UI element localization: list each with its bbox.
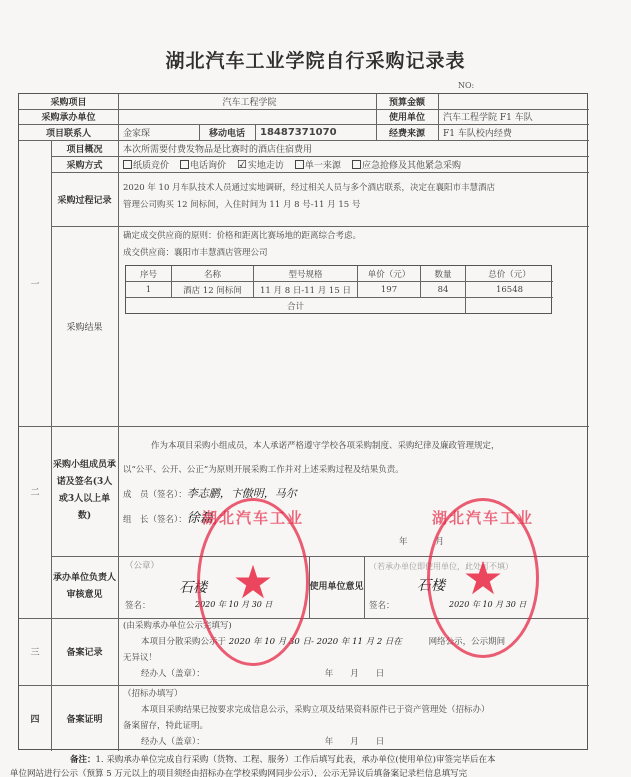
result-label: 采购结果 <box>51 226 118 426</box>
handling-unit-value <box>118 109 376 124</box>
items-table-header: 单价（元） <box>358 266 421 282</box>
result-text: 确定成交供应商的原则：价格和距离比赛场地的距离综合考虑。 成交供应商：襄阳市丰慧… <box>123 228 585 262</box>
section-two-marker: 二 <box>19 426 51 556</box>
checkbox-icon[interactable] <box>352 160 361 169</box>
phone-label: 移动电话 <box>199 124 255 140</box>
pledge-line: 作为本项目采购小组成员，本人承诺严格遵守学校各项采购制度、采购纪律及廉政管理规定… <box>123 434 585 458</box>
page-title: 湖北汽车工业学院自行采购记录表 <box>0 46 631 73</box>
checked-checkbox-icon[interactable]: ☑ <box>237 158 247 171</box>
filing-record-handler: 经办人（盖章）：年 月 日 <box>123 666 585 682</box>
method-option-single-source[interactable]: 单一来源 <box>295 158 341 171</box>
members-signature-row: 成 员（签名）：李志鹏，卞傲明，马尔 <box>123 482 585 507</box>
section-four-marker: 四 <box>19 685 51 751</box>
budget-label: 预算金额 <box>376 94 438 109</box>
items-table-total-label: 合计 <box>126 298 466 314</box>
process-record: 2020 年 10 月车队技术人员通过实地调研，经过相关人员与多个酒店联系，决定… <box>123 180 585 214</box>
result-supplier: 成交供应商：襄阳市丰慧酒店管理公司 <box>123 245 585 262</box>
method-option-paper-bidding[interactable]: 纸质竞价 <box>123 158 169 171</box>
filing-record-line: 无异议！ <box>123 650 585 666</box>
items-table-total-value <box>466 298 553 314</box>
filing-certificate-label: 备案证明 <box>51 685 118 751</box>
document-number-label: NO: <box>458 81 474 90</box>
overview-value: 本次所需要付费发物品是比赛时的酒店住宿费用 <box>118 140 589 156</box>
process-label: 采购过程记录 <box>51 172 118 226</box>
star-icon: ★ <box>462 555 503 601</box>
using-unit-label: 使用单位 <box>376 109 438 124</box>
section-three-marker: 三 <box>19 618 51 685</box>
items-table-cell: 16548 <box>466 282 553 298</box>
items-table-header: 总价（元） <box>466 266 553 282</box>
budget-value <box>438 94 589 109</box>
handling-seal-note: （公章） <box>125 558 159 575</box>
process-line: 管理公司购买 12 间标间，入住时间为 11 月 8 号-11 月 15 号 <box>123 197 585 214</box>
star-icon: ★ <box>232 559 273 605</box>
pledge-line: 以“公平、公开、公正”为原则开展采购工作并对上述采购过程及结果负责。 <box>123 458 585 482</box>
items-table-header: 序号 <box>126 266 172 282</box>
items-table-cell: 11 月 8 日-11 月 15 日 <box>254 282 358 298</box>
section-one-marker: 一 <box>19 140 51 426</box>
method-option-emergency[interactable]: 应急抢修及其他紧急采购 <box>352 158 461 171</box>
using-unit-value: 汽车工程学院 F1 车队 <box>438 109 589 124</box>
contact-value: 金家琛 <box>118 124 199 140</box>
items-table-cell: 84 <box>421 282 466 298</box>
footnotes: 备注：1. 采购承办单位完成自行采购（货物、工程、服务）工作后填写此表，承办单位… <box>40 753 600 777</box>
using-unit-review-label: 使用单位意见 <box>309 556 364 618</box>
pledge-label: 采购小组成员承诺及签名(3人或3人以上单数) <box>53 426 116 556</box>
official-seal-stamp: 湖北汽车工业 ★ <box>427 498 539 658</box>
filing-certificate-line: 本项目采购结果已按要求完成信息公示，采购立项及结果资料原件已于资产管理处（招标办… <box>123 702 585 718</box>
checkbox-icon[interactable] <box>123 160 132 169</box>
handling-review-label: 承办单位负责人审核意见 <box>53 556 116 618</box>
fund-value: F1 车队校内经费 <box>438 124 589 140</box>
items-table-header: 名称 <box>172 266 254 282</box>
checkbox-icon[interactable] <box>295 160 304 169</box>
procurement-form: 采购项目 汽车工程学院 预算金额 采购承办单位 使用单位 汽车工程学院 F1 车… <box>18 93 588 750</box>
items-table-cell: 197 <box>358 282 421 298</box>
procurement-method-options: 纸质竞价 电话询价 ☑实地走访 单一来源 应急抢修及其他紧急采购 <box>118 156 589 172</box>
filing-certificate-handler: 经办人（盖章）：年 月 日 <box>123 734 585 750</box>
method-option-phone-inquiry[interactable]: 电话询价 <box>180 158 226 171</box>
handling-sign-label: 签名： <box>125 598 151 615</box>
items-table-cell: 1 <box>126 282 172 298</box>
phone-value: 18487371070 <box>255 124 376 140</box>
items-table-header: 数量 <box>421 266 466 282</box>
members-signature: 李志鹏，卞傲明，马尔 <box>187 487 297 500</box>
method-option-site-visit[interactable]: ☑实地走访 <box>237 158 284 171</box>
filing-record-label: 备案记录 <box>51 618 118 685</box>
fund-label: 经费来源 <box>376 124 438 140</box>
overview-label: 项目概况 <box>51 140 118 156</box>
contact-label: 项目联系人 <box>19 124 118 140</box>
filing-certificate-line: 备案留存，特此证明。 <box>123 718 585 734</box>
items-table-header: 型号规格 <box>254 266 358 282</box>
using-sign-label: 签名： <box>369 598 395 615</box>
items-table-cell: 酒店 12 间标间 <box>172 282 254 298</box>
handling-unit-label: 采购承办单位 <box>19 109 118 124</box>
filing-certificate-text: （招标办填写） 本项目采购结果已按要求完成信息公示，采购立项及结果资料原件已于资… <box>123 686 585 750</box>
filing-certificate-note: （招标办填写） <box>123 686 585 702</box>
checkbox-icon[interactable] <box>180 160 189 169</box>
result-principle: 确定成交供应商的原则：价格和距离比赛场地的距离综合考虑。 <box>123 228 585 245</box>
project-label: 采购项目 <box>19 94 118 109</box>
method-label: 采购方式 <box>51 156 118 172</box>
process-line: 2020 年 10 月车队技术人员通过实地调研，经过相关人员与多个酒店联系，决定… <box>123 180 585 197</box>
project-value: 汽车工程学院 <box>118 94 376 109</box>
items-table: 序号名称型号规格单价（元）数量总价（元）1酒店 12 间标间11 月 8 日-1… <box>125 265 552 314</box>
official-seal-stamp: 湖北汽车工业 ★ <box>197 498 309 666</box>
